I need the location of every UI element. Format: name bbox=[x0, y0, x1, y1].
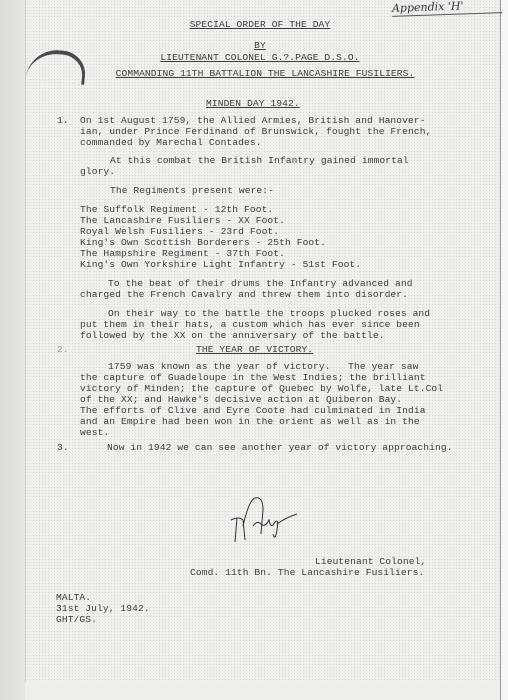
section2-line6: and an Empire had been won in the orient… bbox=[80, 416, 420, 427]
regiment-item: The Lancashire Fusiliers - XX Foot. bbox=[80, 215, 285, 226]
section2-title: THE YEAR OF VICTORY. bbox=[196, 344, 313, 355]
section1-para4-line3: followed by the XX on the anniversary of… bbox=[80, 330, 385, 341]
section2-line4: of the XX; and Hawke's decisive action a… bbox=[80, 394, 402, 405]
commander-unit: COMMANDING 11TH BATTALION THE LANCASHIRE… bbox=[110, 68, 420, 79]
section1-para2-line2: glory. bbox=[80, 166, 115, 177]
section2-number: 2. bbox=[57, 344, 69, 355]
regiment-item: King's Own Yorkshire Light Infantry - 51… bbox=[80, 259, 361, 270]
section1-number: 1. bbox=[57, 115, 69, 126]
footer-place: MALTA. bbox=[56, 592, 91, 603]
section1-para3-line2: charged the French Cavalry and threw the… bbox=[80, 289, 408, 300]
section1-para1-line1: On 1st August 1759, the Allied Armies, B… bbox=[80, 115, 426, 126]
section1-para1-line2: ian, under Prince Ferdinand of Brunswick… bbox=[80, 126, 431, 137]
scan-bottom-margin bbox=[25, 682, 501, 700]
scan-margin bbox=[0, 0, 25, 700]
signature-appointment: Comd. 11th Bn. The Lancashire Fusiliers. bbox=[190, 567, 424, 578]
section2-line2: the capture of Guadeloupe in the West In… bbox=[80, 372, 426, 383]
regiments-intro: The Regiments present were:- bbox=[110, 185, 274, 196]
section2-line5: The efforts of Clive and Eyre Coote had … bbox=[80, 405, 426, 416]
footer-reference: GHT/GS. bbox=[56, 614, 97, 625]
signature-rank: Lieutenant Colonel, bbox=[315, 556, 426, 567]
section1-title: MINDEN DAY 1942. bbox=[206, 98, 300, 109]
section2-line3: victory of Minden; the capture of Quebec… bbox=[80, 383, 443, 394]
signature-icon bbox=[225, 490, 315, 550]
order-by: BY bbox=[240, 40, 280, 51]
section1-para3-line1: To the beat of their drums the Infantry … bbox=[108, 278, 413, 289]
section2-line7: west. bbox=[80, 427, 109, 438]
section3-text: Now in 1942 we can see another year of v… bbox=[107, 442, 453, 453]
section2-line1: 1759 was known as the year of victory. T… bbox=[108, 361, 418, 372]
commander-name: LIEUTENANT COLONEL G.?.PAGE D.S.O. bbox=[150, 52, 370, 63]
order-title: SPECIAL ORDER OF THE DAY bbox=[160, 19, 360, 30]
regiment-item: Royal Welsh Fusiliers - 23rd Foot. bbox=[80, 226, 279, 237]
regiment-item: The Suffolk Regiment - 12th Foot. bbox=[80, 204, 273, 215]
section1-para2-line1: At this combat the British Infantry gain… bbox=[110, 155, 409, 166]
regiment-item: The Hampshire Regiment - 37th Foot. bbox=[80, 248, 285, 259]
section1-para4-line2: put them in their hats, a custom which h… bbox=[80, 319, 420, 330]
section1-para4-line1: On their way to the battle the troops pl… bbox=[108, 308, 430, 319]
section3-number: 3. bbox=[57, 442, 69, 453]
section1-para1-line3: commanded by Marechal Contades. bbox=[80, 137, 262, 148]
footer-date: 31st July, 1942. bbox=[56, 603, 150, 614]
regiment-item: King's Own Scottish Borderers - 25th Foo… bbox=[80, 237, 326, 248]
scan-right-edge bbox=[500, 0, 508, 700]
